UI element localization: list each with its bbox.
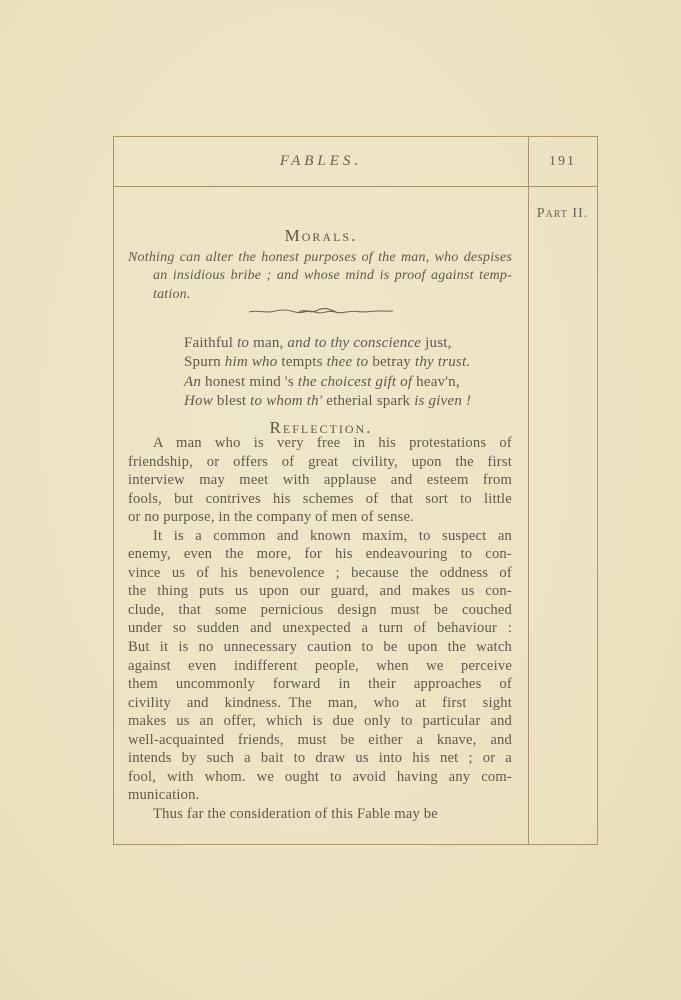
paragraph: Thus far the consideration of this Fable… <box>128 805 512 824</box>
verse-segment-italic: thee to <box>327 354 369 370</box>
verse-segment: blest <box>213 393 250 409</box>
verse-segment-italic: to <box>237 335 249 351</box>
verse-segment: betray <box>368 354 415 370</box>
text-line: an insidious bribe ; and whose mind is p… <box>128 267 512 285</box>
verse-segment: heav'n, <box>412 374 460 390</box>
text-line: tation. <box>128 286 512 304</box>
text-line: or no purpose, in the company of men of … <box>128 508 512 527</box>
text-line: Thus far the consideration of this Fable… <box>128 805 512 824</box>
book-page-scan: FABLES. 191 Part II. Morals. Nothing can… <box>0 0 681 1000</box>
text-line: A man who is very free in his protestati… <box>128 434 512 453</box>
verse-segment-italic: thy trust. <box>415 354 470 370</box>
page-number: 191 <box>528 154 597 170</box>
squiggle-divider-icon <box>247 306 395 316</box>
verse-line: How blest to whom th' etherial spark is … <box>184 392 471 411</box>
verse-line: Faithful to man, and to thy conscience j… <box>184 334 471 353</box>
verse-segment: tempts <box>277 354 326 370</box>
verse-segment: just, <box>421 335 451 351</box>
text-line: interview may meet with applause and est… <box>128 471 512 490</box>
text-line: fools, but contrives his schemes of that… <box>128 490 512 509</box>
text-line: munication. <box>128 786 512 805</box>
ornament-container <box>114 303 528 321</box>
verse-segment-italic: How <box>184 393 213 409</box>
text-line: It is a common and known maxim, to suspe… <box>128 527 512 546</box>
text-line: Nothing can alter the honest purposes of… <box>128 249 512 267</box>
text-line: well-acquainted friends, must be either … <box>128 731 512 750</box>
reflection-body: A man who is very free in his protestati… <box>128 434 512 823</box>
text-line: But it is no unnecessary caution to be u… <box>128 638 512 657</box>
paragraph: A man who is very free in his protestati… <box>128 434 512 527</box>
header-rule <box>114 186 597 187</box>
text-line: friendship, or offers of great civility,… <box>128 453 512 472</box>
verse-block: Faithful to man, and to thy conscience j… <box>184 334 471 411</box>
text-line: makes us an offer, which is due only to … <box>128 712 512 731</box>
page-frame: FABLES. 191 Part II. Morals. Nothing can… <box>113 136 598 845</box>
text-line: enemy, even the more, for his endeavouri… <box>128 545 512 564</box>
text-line: them uncommonly forward in their approac… <box>128 675 512 694</box>
paragraph: It is a common and known maxim, to suspe… <box>128 527 512 805</box>
part-label: Part II. <box>528 206 597 222</box>
margin-column-rule <box>528 137 529 844</box>
text-line: clude, that some pernicious design must … <box>128 601 512 620</box>
text-line: under so sudden and unexpected a turn of… <box>128 619 512 638</box>
verse-line: Spurn him who tempts thee to betray thy … <box>184 353 471 372</box>
verse-segment: etherial spark <box>322 393 414 409</box>
verse-segment-italic: the choicest gift of <box>298 374 412 390</box>
verse-segment-italic: An <box>184 374 201 390</box>
text-line: civility and kindness. The man, who at f… <box>128 694 512 713</box>
moral-text-block: Nothing can alter the honest purposes of… <box>128 249 512 304</box>
verse-segment: honest mind 's <box>201 374 298 390</box>
verse-line: An honest mind 's the choicest gift of h… <box>184 373 471 392</box>
text-line: vince us of his benevolence ; because th… <box>128 564 512 583</box>
verse-segment-italic: to whom th' <box>250 393 322 409</box>
verse-segment-italic: him who <box>225 354 278 370</box>
verse-segment-italic: is given ! <box>414 393 471 409</box>
verse-segment: Faithful <box>184 335 237 351</box>
text-line: against even indifferent people, when we… <box>128 657 512 676</box>
verse-segment-italic: and to thy conscience <box>287 335 421 351</box>
verse-segment: Spurn <box>184 354 225 370</box>
text-line: the thing puts us upon our guard, and ma… <box>128 582 512 601</box>
text-line: fool, with whom. we ought to avoid havin… <box>128 768 512 787</box>
morals-heading: Morals. <box>114 226 528 246</box>
verse-segment: man, <box>249 335 287 351</box>
text-line: intends by such a bait to draw us into h… <box>128 749 512 768</box>
running-head: FABLES. <box>114 153 528 170</box>
